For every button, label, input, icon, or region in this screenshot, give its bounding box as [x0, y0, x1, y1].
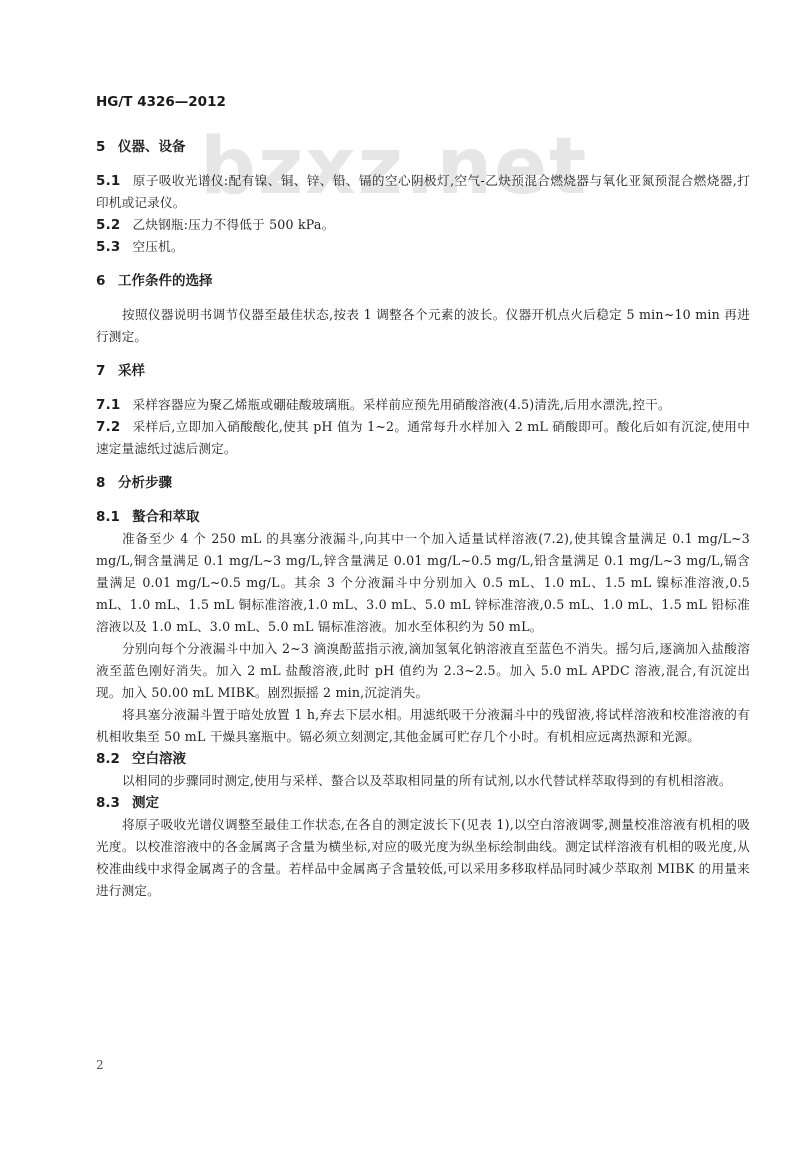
clause-number: 5.3 [96, 239, 121, 255]
section-number: 7 [96, 360, 118, 382]
page-number: 2 [96, 1058, 104, 1072]
subsection-title: 螯合和萃取 [132, 509, 200, 525]
clause-text: 乙炔钢瓶:压力不得低于 500 kPa。 [133, 217, 335, 232]
section-title: 采样 [118, 363, 145, 379]
clause-text: 采样容器应为聚乙烯瓶或硼硅酸玻璃瓶。采样前应预先用硝酸溶液(4.5)清洗,后用水… [133, 397, 671, 412]
subsection-title: 测定 [132, 795, 159, 811]
subsection-8-3-heading: 8.3测定 [96, 792, 750, 814]
clause-5-1: 5.1原子吸收光谱仪:配有镍、铜、锌、铅、镉的空心阴极灯,空气-乙炔预混合燃烧器… [96, 170, 750, 214]
section-title: 工作条件的选择 [118, 273, 213, 289]
clause-text: 原子吸收光谱仪:配有镍、铜、锌、铅、镉的空心阴极灯,空气-乙炔预混合燃烧器与氧化… [96, 173, 750, 210]
section-6-paragraph: 按照仪器说明书调节仪器至最佳状态,按表 1 调整各个元素的波长。仪器开机点火后稳… [96, 304, 750, 348]
section-number: 6 [96, 270, 118, 292]
section-number: 8 [96, 472, 118, 494]
subsection-8-3-paragraph: 将原子吸收光谱仪调整至最佳工作状态,在各自的测定波长下(见表 1),以空白溶液调… [96, 814, 750, 902]
clause-7-2: 7.2采样后,立即加入硝酸酸化,使其 pH 值为 1~2。通常每升水样加入 2 … [96, 416, 750, 460]
section-title: 仪器、设备 [118, 139, 186, 155]
clause-number: 5.2 [96, 217, 121, 233]
clause-7-1: 7.1采样容器应为聚乙烯瓶或硼硅酸玻璃瓶。采样前应预先用硝酸溶液(4.5)清洗,… [96, 394, 750, 416]
standard-code: HG/T 4326—2012 [96, 94, 226, 110]
section-title: 分析步骤 [118, 475, 172, 491]
subsection-title: 空白溶液 [132, 751, 186, 767]
subsection-8-2-heading: 8.2空白溶液 [96, 748, 750, 770]
section-6-heading: 6工作条件的选择 [96, 270, 750, 292]
section-5-heading: 5仪器、设备 [96, 136, 750, 158]
subsection-number: 8.2 [96, 748, 132, 770]
subsection-8-1-paragraph-1: 准备至少 4 个 250 mL 的具塞分液漏斗,向其中一个加入适量试样溶液(7.… [96, 528, 750, 638]
clause-number: 5.1 [96, 173, 121, 189]
section-8-heading: 8分析步骤 [96, 472, 750, 494]
subsection-number: 8.3 [96, 792, 132, 814]
clause-text: 空压机。 [133, 239, 184, 254]
subsection-8-2-paragraph: 以相同的步骤同时测定,使用与采样、螯合以及萃取相同量的所有试剂,以水代替试样萃取… [96, 770, 750, 792]
subsection-8-1-paragraph-3: 将具塞分液漏斗置于暗处放置 1 h,弃去下层水相。用滤纸吸干分液漏斗中的残留液,… [96, 704, 750, 748]
subsection-8-1-paragraph-2: 分别向每个分液漏斗中加入 2~3 滴溴酚蓝指示液,滴加氢氧化钠溶液直至蓝色不消失… [96, 638, 750, 704]
section-7-heading: 7采样 [96, 360, 750, 382]
clause-number: 7.1 [96, 397, 121, 413]
clause-5-3: 5.3空压机。 [96, 236, 750, 258]
subsection-number: 8.1 [96, 506, 132, 528]
section-number: 5 [96, 136, 118, 158]
document-page: HG/T 4326—2012 5仪器、设备 5.1原子吸收光谱仪:配有镍、铜、锌… [0, 0, 800, 1173]
document-body: 5仪器、设备 5.1原子吸收光谱仪:配有镍、铜、锌、铅、镉的空心阴极灯,空气-乙… [96, 136, 750, 902]
subsection-8-1-heading: 8.1螯合和萃取 [96, 506, 750, 528]
clause-text: 采样后,立即加入硝酸酸化,使其 pH 值为 1~2。通常每升水样加入 2 mL … [96, 419, 750, 456]
clause-number: 7.2 [96, 419, 121, 435]
clause-5-2: 5.2乙炔钢瓶:压力不得低于 500 kPa。 [96, 214, 750, 236]
